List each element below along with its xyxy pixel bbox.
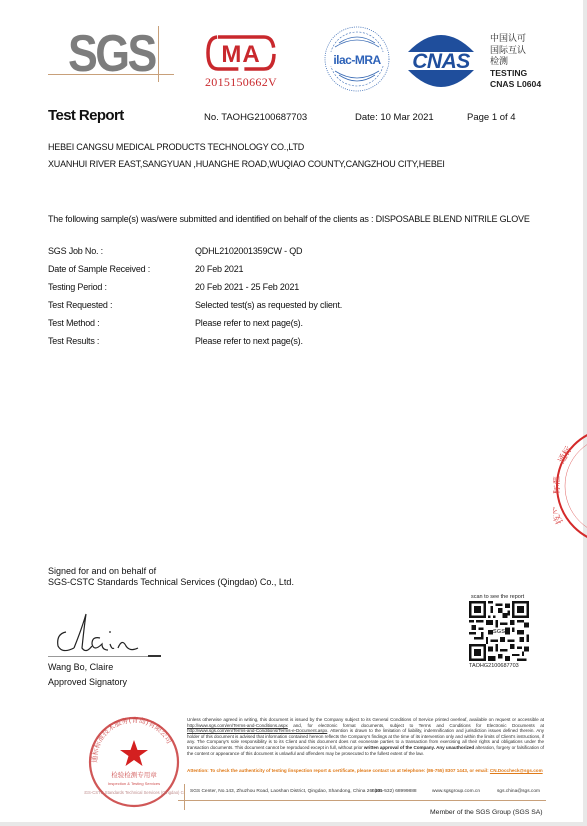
- signed-for-block: Signed for and on behalf of SGS-CSTC Sta…: [48, 566, 294, 588]
- signer-name: Wang Bo, Claire: [48, 660, 127, 675]
- group-membership: Member of the SGS Group (SGS SA): [430, 809, 543, 816]
- signature-line: [48, 656, 150, 657]
- report-date: Date: 10 Mar 2021: [355, 112, 434, 123]
- svg-text:ilac-MRA: ilac-MRA: [333, 53, 381, 67]
- svg-text:CNAS: CNAS: [412, 50, 470, 73]
- footer-website-link[interactable]: www.sgsgroup.com.cn: [432, 789, 480, 794]
- svg-text:SGS-CSTC Standards Technical S: SGS-CSTC Standards Technical Services (Q…: [84, 790, 184, 795]
- logo-rule-vertical: [158, 26, 159, 82]
- terms-link[interactable]: http://www.sgs.com/en/Terms-and-Conditio…: [187, 723, 288, 728]
- field-label: Date of Sample Received :: [48, 264, 150, 274]
- e-document-terms-link[interactable]: http://www.sgs.com/en/Terms-and-Conditio…: [187, 728, 327, 733]
- svg-text:检验检测专用章: 检验检测专用章: [111, 770, 157, 779]
- qr-caption: scan to see the report: [471, 594, 524, 600]
- sgs-logo: SGS: [68, 28, 155, 80]
- client-name: HEBEI CANGSU MEDICAL PRODUCTS TECHNOLOGY…: [48, 139, 445, 156]
- accreditation-code: CNAS L0604: [490, 79, 541, 91]
- handwritten-signature-icon: [52, 608, 142, 660]
- svg-text:Inspection & Testing Services: Inspection & Testing Services: [108, 781, 160, 786]
- accreditation-line-2: 国际互认: [490, 45, 541, 57]
- inspection-seal-icon: 通标标准技术服务(青岛)有限公司 检验检测专用章 Inspection & Te…: [84, 714, 184, 814]
- signer-block: Wang Bo, Claire Approved Signatory: [48, 660, 127, 690]
- client-block: HEBEI CANGSU MEDICAL PRODUCTS TECHNOLOGY…: [48, 139, 445, 173]
- svg-text:MA: MA: [221, 41, 260, 68]
- company-seal-edge-icon: 通标 标准 技术: [553, 424, 587, 548]
- field-label: Test Method :: [48, 318, 99, 328]
- field-value: 20 Feb 2021: [195, 264, 243, 274]
- field-value: Selected test(s) as requested by client.: [195, 300, 342, 310]
- accreditation-text: 中国认可 国际互认 检测 TESTING CNAS L0604: [490, 33, 541, 91]
- qr-code-icon[interactable]: SGS: [469, 601, 529, 661]
- legal-disclaimer: Unless otherwise agreed in writing, this…: [187, 717, 544, 756]
- report-number: No. TAOHG2100687703: [204, 112, 307, 123]
- footer-email-link[interactable]: sgs.china@sgs.com: [497, 789, 540, 794]
- field-label: SGS Job No. :: [48, 246, 103, 256]
- page-title: Test Report: [48, 107, 124, 124]
- signed-for-label: Signed for and on behalf of: [48, 566, 294, 577]
- doccheck-email-link[interactable]: CN.Doccheck@sgs.com: [490, 768, 543, 773]
- svg-text:标准: 标准: [553, 476, 561, 494]
- svg-text:SGS: SGS: [493, 629, 505, 635]
- footer-address: SGS Center, No.143, Zhuzhou Road, Laosha…: [190, 789, 383, 794]
- accreditation-line-1: 中国认可: [490, 33, 541, 45]
- page-indicator: Page 1 of 4: [467, 112, 516, 123]
- field-value: 20 Feb 2021 - 25 Feb 2021: [195, 282, 299, 292]
- sample-intro: The following sample(s) was/were submitt…: [48, 213, 548, 226]
- field-label: Test Requested :: [48, 300, 112, 310]
- report-page: SGS MA 2015150662V ilac-MRA CNAS 中国认可 国际…: [0, 0, 583, 822]
- accreditation-testing: TESTING: [490, 68, 541, 80]
- accreditation-line-3: 检测: [490, 56, 541, 68]
- cma-logo-icon: MA: [204, 33, 278, 73]
- field-value: Please refer to next page(s).: [195, 318, 303, 328]
- field-value: Please refer to next page(s).: [195, 336, 303, 346]
- field-value: QDHL2102001359CW - QD: [195, 246, 302, 256]
- footer-rule-horizontal: [178, 800, 546, 801]
- cnas-logo-icon: CNAS: [400, 30, 482, 92]
- authenticity-notice: Attention: To check the authenticity of …: [187, 768, 544, 774]
- qr-report-number: TAOHG2100687703: [469, 663, 519, 669]
- signer-title: Approved Signatory: [48, 675, 127, 690]
- field-label: Test Results :: [48, 336, 99, 346]
- footer-telephone: t (86–532) 68999888: [372, 789, 417, 794]
- client-address: XUANHUI RIVER EAST,SANGYUAN ,HUANGHE ROA…: [48, 156, 445, 173]
- cma-number: 2015150662V: [205, 75, 277, 90]
- logo-rule-horizontal: [48, 74, 174, 75]
- signature-dash: [148, 655, 161, 657]
- signing-company: SGS-CSTC Standards Technical Services (Q…: [48, 577, 294, 588]
- ilac-mra-logo-icon: ilac-MRA: [323, 25, 391, 93]
- svg-text:技术: 技术: [553, 505, 565, 526]
- footer-rule-vertical: [184, 784, 185, 810]
- field-label: Testing Period :: [48, 282, 107, 292]
